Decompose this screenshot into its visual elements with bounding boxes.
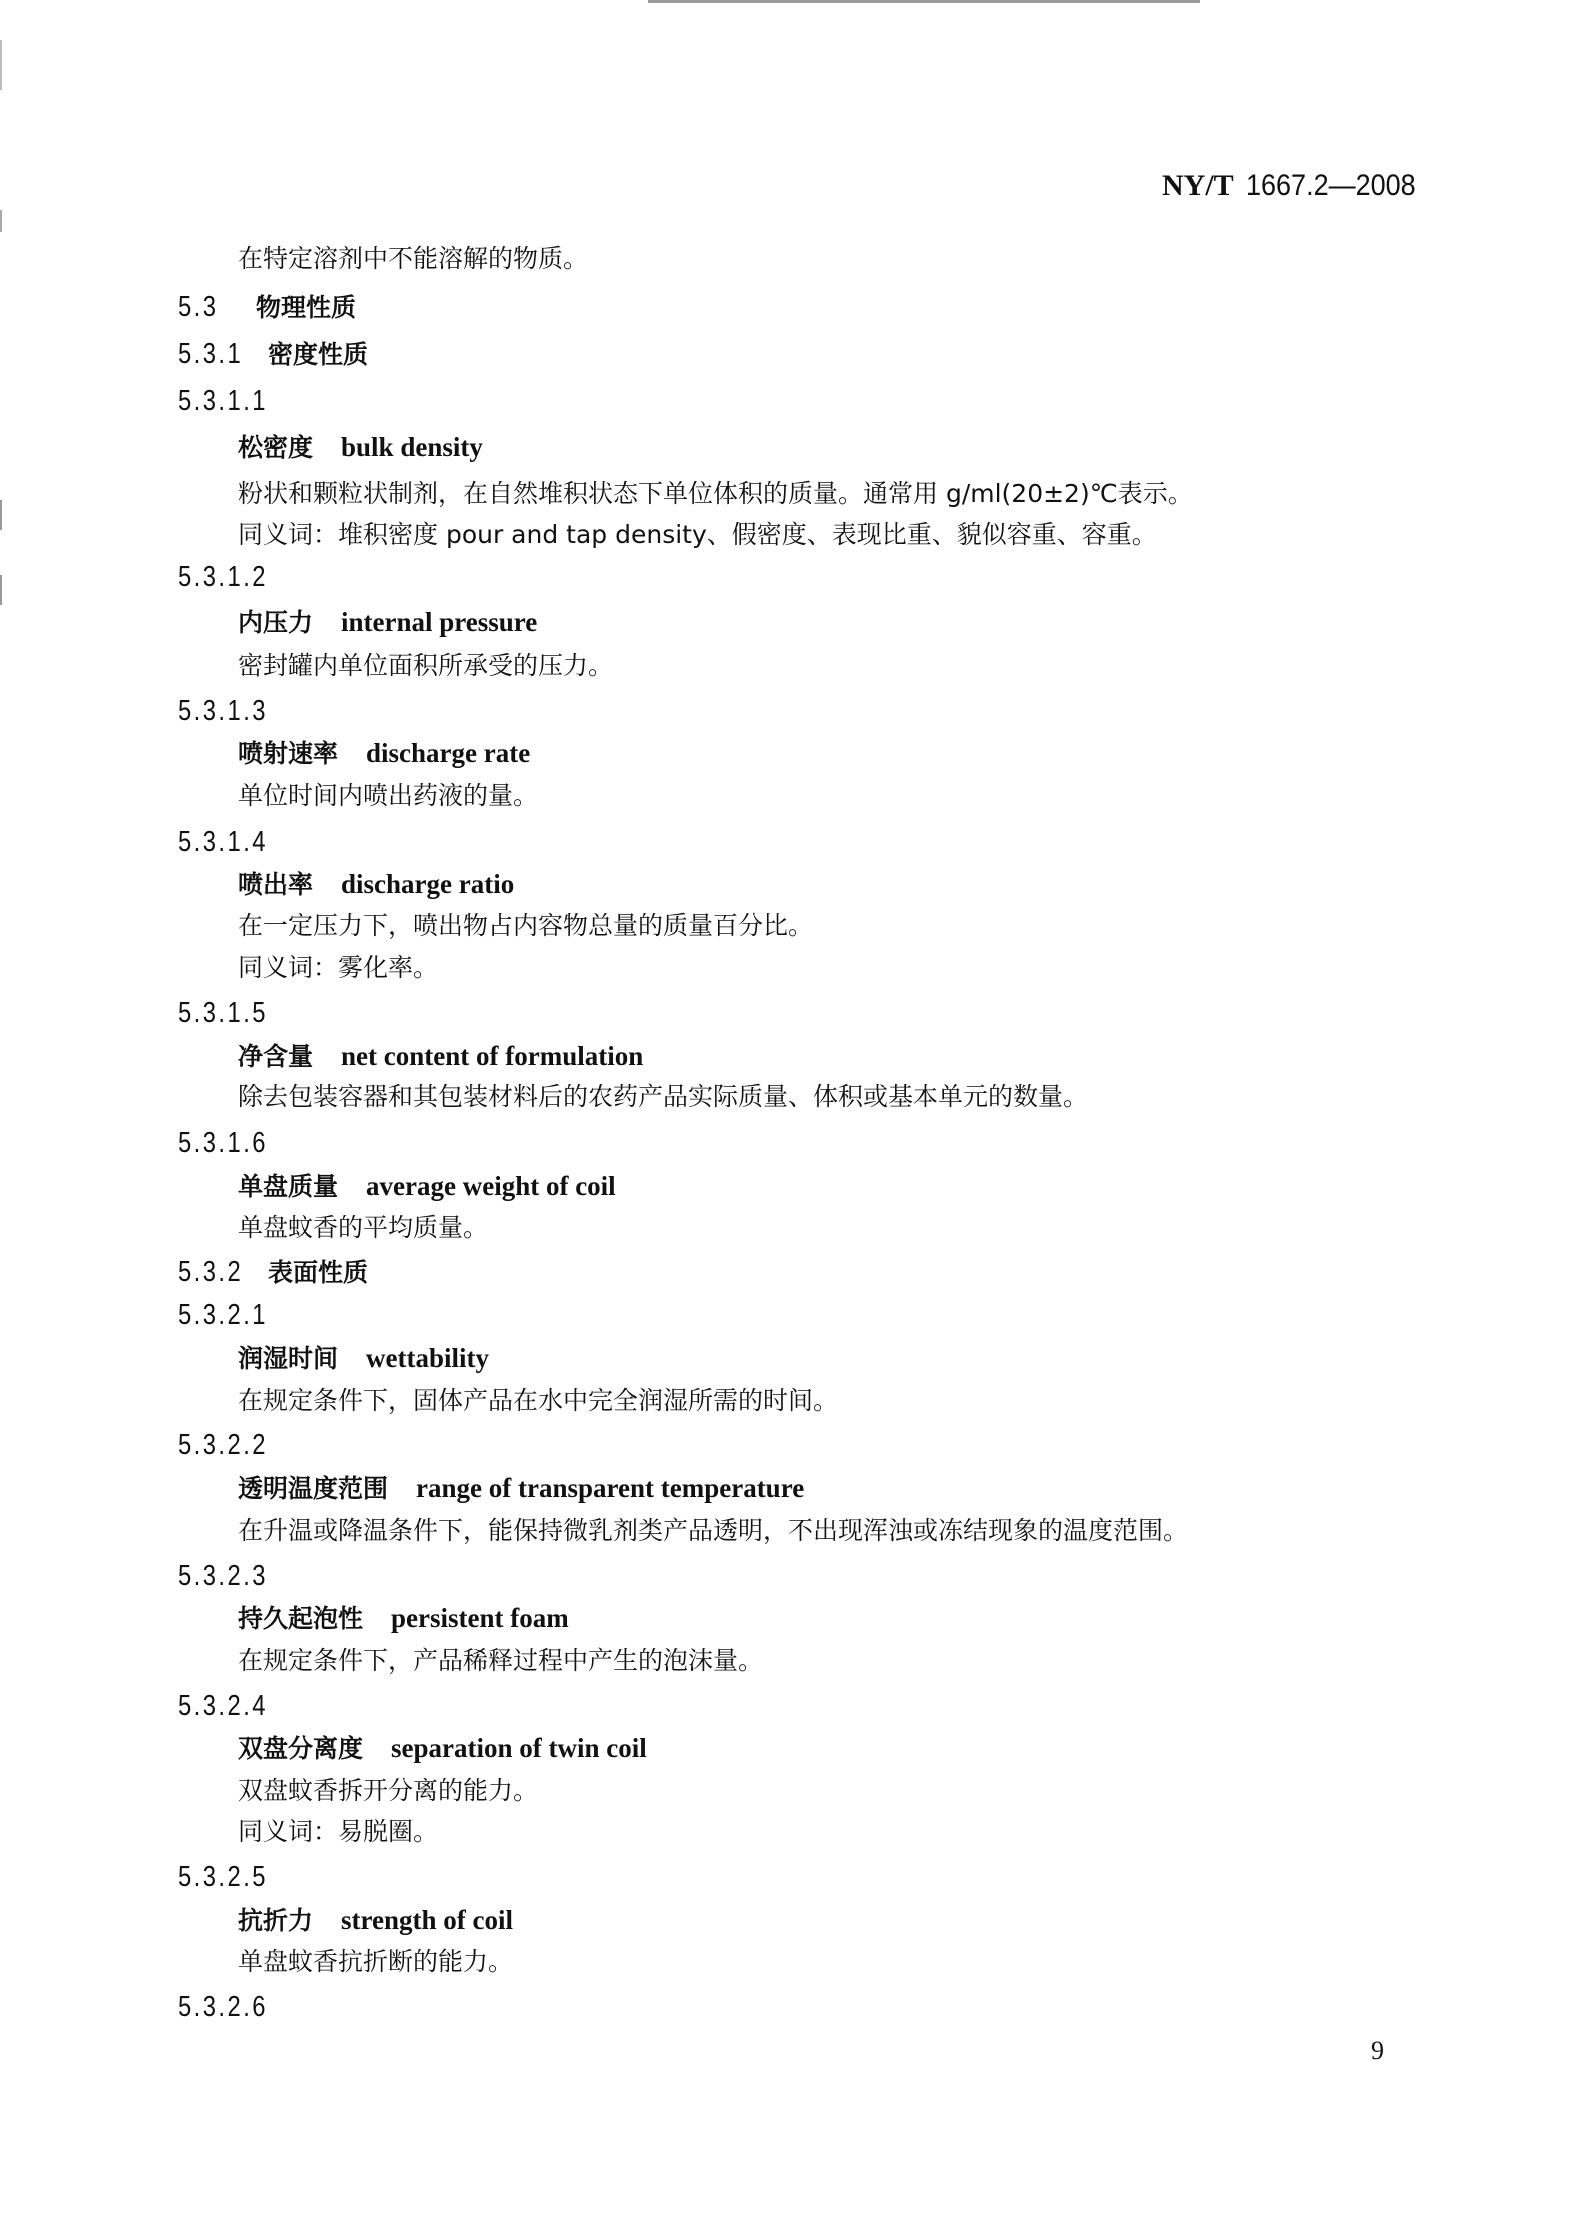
- clause-number: 5.3.1.6: [178, 1129, 268, 1158]
- term-chinese: 喷出率: [238, 870, 313, 899]
- section-title: 物理性质: [256, 293, 356, 322]
- section-title: 表面性质: [268, 1258, 368, 1287]
- term-english: discharge rate: [366, 738, 530, 768]
- definition-text: 在升温或降温条件下，能保持微乳剂类产品透明，不出现浑浊或冻结现象的温度范围。: [238, 1518, 1188, 1543]
- section-number: 5.3.1: [178, 340, 252, 369]
- term-english: persistent foam: [391, 1603, 569, 1633]
- term-entry: 润湿时间wettability: [238, 1345, 489, 1372]
- term-chinese: 双盘分离度: [238, 1734, 363, 1763]
- term-english: bulk density: [341, 432, 483, 462]
- clause-number: 5.3.1.5: [178, 999, 268, 1028]
- term-entry: 单盘质量average weight of coil: [238, 1173, 616, 1200]
- definition-text: 除去包装容器和其包装材料后的农药产品实际质量、体积或基本单元的数量。: [238, 1084, 1088, 1109]
- page-number: 9: [1371, 2036, 1384, 2066]
- term-entry: 双盘分离度separation of twin coil: [238, 1735, 647, 1762]
- term-entry: 喷射速率discharge rate: [238, 740, 530, 767]
- clause-number: 5.3.2.4: [178, 1692, 268, 1721]
- section-heading-5-3-1: 5.3.1密度性质: [178, 340, 368, 369]
- scan-margin-mark: [0, 210, 2, 232]
- definition-text: 密封罐内单位面积所承受的压力。: [238, 653, 613, 678]
- term-english: net content of formulation: [341, 1041, 643, 1071]
- standard-number: 1667.2—2008: [1246, 169, 1416, 203]
- section-title: 密度性质: [268, 340, 368, 369]
- term-entry: 抗折力strength of coil: [238, 1907, 513, 1934]
- definition-text: 在一定压力下，喷出物占内容物总量的质量百分比。: [238, 913, 813, 938]
- term-entry: 透明温度范围range of transparent temperature: [238, 1475, 804, 1502]
- definition-text: 在规定条件下，产品稀释过程中产生的泡沫量。: [238, 1648, 763, 1673]
- section-heading-5-3-2: 5.3.2表面性质: [178, 1258, 368, 1287]
- synonym-text: 同义词：易脱圈。: [238, 1819, 438, 1844]
- term-chinese: 松密度: [238, 433, 313, 462]
- term-entry: 内压力internal pressure: [238, 609, 537, 636]
- clause-number: 5.3.1.3: [178, 697, 268, 726]
- term-chinese: 喷射速率: [238, 739, 338, 768]
- clause-number: 5.3.1.4: [178, 828, 268, 857]
- term-english: discharge ratio: [341, 869, 514, 899]
- clause-number: 5.3.2.6: [178, 1993, 268, 2022]
- term-chinese: 透明温度范围: [238, 1474, 388, 1503]
- term-chinese: 净含量: [238, 1042, 313, 1071]
- term-english: range of transparent temperature: [416, 1473, 804, 1503]
- definition-text: 在规定条件下，固体产品在水中完全润湿所需的时间。: [238, 1388, 838, 1413]
- term-english: average weight of coil: [366, 1171, 616, 1201]
- term-english: strength of coil: [341, 1905, 513, 1935]
- clause-number: 5.3.1.1: [178, 387, 268, 416]
- term-chinese: 润湿时间: [238, 1344, 338, 1373]
- section-heading-5-3: 5.3物理性质: [178, 293, 356, 322]
- term-english: separation of twin coil: [391, 1733, 647, 1763]
- term-chinese: 抗折力: [238, 1906, 313, 1935]
- clause-number: 5.3.1.2: [178, 563, 268, 592]
- term-chinese: 内压力: [238, 608, 313, 637]
- scan-margin-mark: [0, 500, 2, 530]
- clause-number: 5.3.2.1: [178, 1301, 268, 1330]
- clause-number: 5.3.2.2: [178, 1431, 268, 1460]
- document-header: NY/T1667.2—2008: [1162, 168, 1434, 203]
- term-english: wettability: [366, 1343, 489, 1373]
- section-number: 5.3: [178, 293, 242, 322]
- definition-text: 单盘蚊香抗折断的能力。: [238, 1949, 513, 1974]
- scan-margin-mark: [0, 40, 2, 90]
- definition-text: 在特定溶剂中不能溶解的物质。: [238, 246, 588, 271]
- definition-text: 双盘蚊香拆开分离的能力。: [238, 1778, 538, 1803]
- term-chinese: 持久起泡性: [238, 1604, 363, 1633]
- clause-number: 5.3.2.5: [178, 1863, 268, 1892]
- scan-margin-mark: [0, 575, 2, 605]
- definition-text: 单位时间内喷出药液的量。: [238, 783, 538, 808]
- section-number: 5.3.2: [178, 1258, 252, 1287]
- term-english: internal pressure: [341, 607, 537, 637]
- term-chinese: 单盘质量: [238, 1172, 338, 1201]
- definition-text: 单盘蚊香的平均质量。: [238, 1215, 488, 1240]
- standard-code: NY/T: [1162, 169, 1234, 202]
- term-entry: 松密度bulk density: [238, 434, 483, 461]
- synonym-text: 同义词：堆积密度 pour and tap density、假密度、表现比重、貌…: [238, 522, 1157, 547]
- term-entry: 喷出率discharge ratio: [238, 871, 514, 898]
- clause-number: 5.3.2.3: [178, 1562, 268, 1591]
- scan-top-rule: [648, 0, 1200, 3]
- definition-text: 粉状和颗粒状制剂，在自然堆积状态下单位体积的质量。通常用 g/ml(20±2)℃…: [238, 481, 1193, 506]
- term-entry: 持久起泡性persistent foam: [238, 1605, 569, 1632]
- synonym-text: 同义词：雾化率。: [238, 955, 438, 980]
- term-entry: 净含量net content of formulation: [238, 1043, 643, 1070]
